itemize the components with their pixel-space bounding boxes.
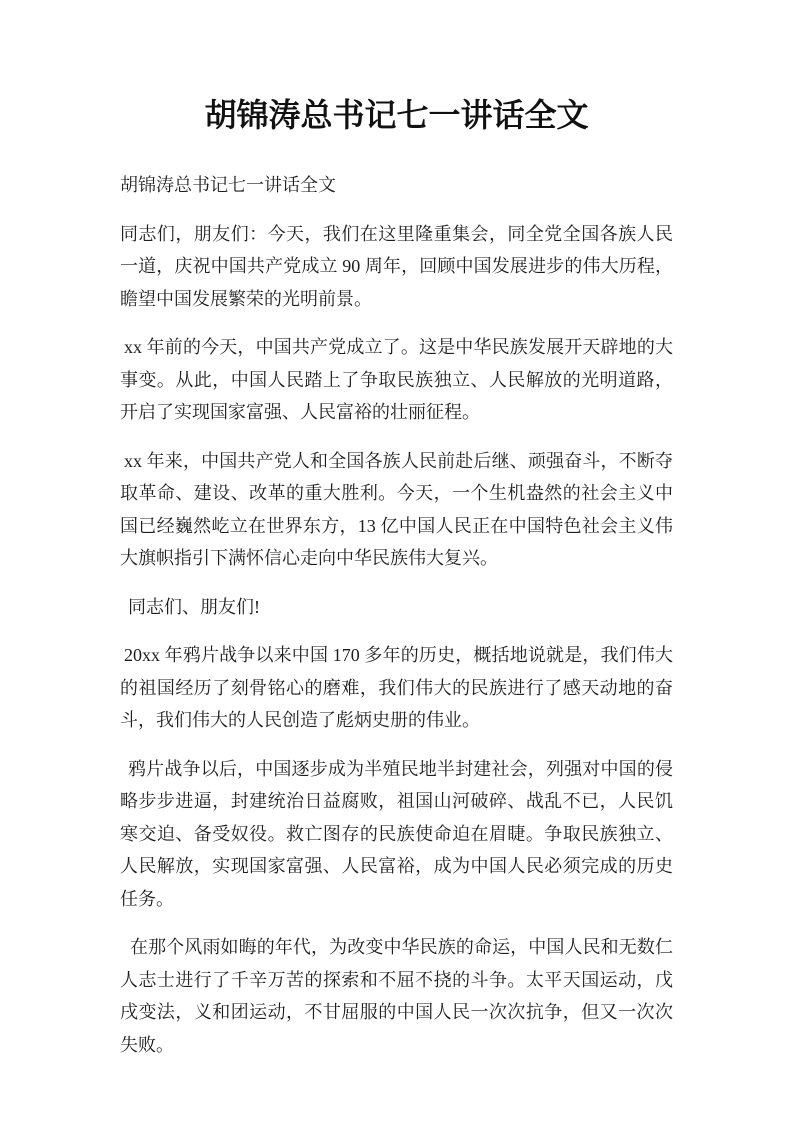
body-paragraph: xx 年前的今天，中国共产党成立了。这是中华民族发展开天辟地的大事变。从此，中国… bbox=[120, 331, 673, 429]
body-paragraph: 同志们，朋友们：今天，我们在这里隆重集会，同全党全国各族人民一道，庆祝中国共产党… bbox=[120, 218, 673, 316]
body-paragraph: 在那个风雨如晦的年代，为改变中华民族的命运，中国人民和无数仁人志士进行了千辛万苦… bbox=[120, 931, 673, 1061]
body-paragraph-salutation: 同志们、朋友们! bbox=[120, 591, 673, 624]
body-paragraph: xx 年来，中国共产党人和全国各族人民前赴后继、顽强奋斗，不断夺取革命、建设、改… bbox=[120, 445, 673, 575]
body-paragraph-title-line: 胡锦涛总书记七一讲话全文 bbox=[120, 169, 673, 202]
document-content: 胡锦涛总书记七一讲话全文 胡锦涛总书记七一讲话全文 同志们，朋友们：今天，我们在… bbox=[0, 0, 793, 1061]
document-title: 胡锦涛总书记七一讲话全文 bbox=[120, 94, 673, 136]
body-paragraph: 20xx 年鸦片战争以来中国 170 多年的历史，概括地说就是，我们伟大的祖国经… bbox=[120, 639, 673, 737]
body-paragraph: 鸦片战争以后，中国逐步成为半殖民地半封建社会，列强对中国的侵略步步进逼，封建统治… bbox=[120, 753, 673, 916]
document-page: 胡锦涛总书记七一讲话全文 胡锦涛总书记七一讲话全文 同志们，朋友们：今天，我们在… bbox=[0, 0, 793, 1122]
